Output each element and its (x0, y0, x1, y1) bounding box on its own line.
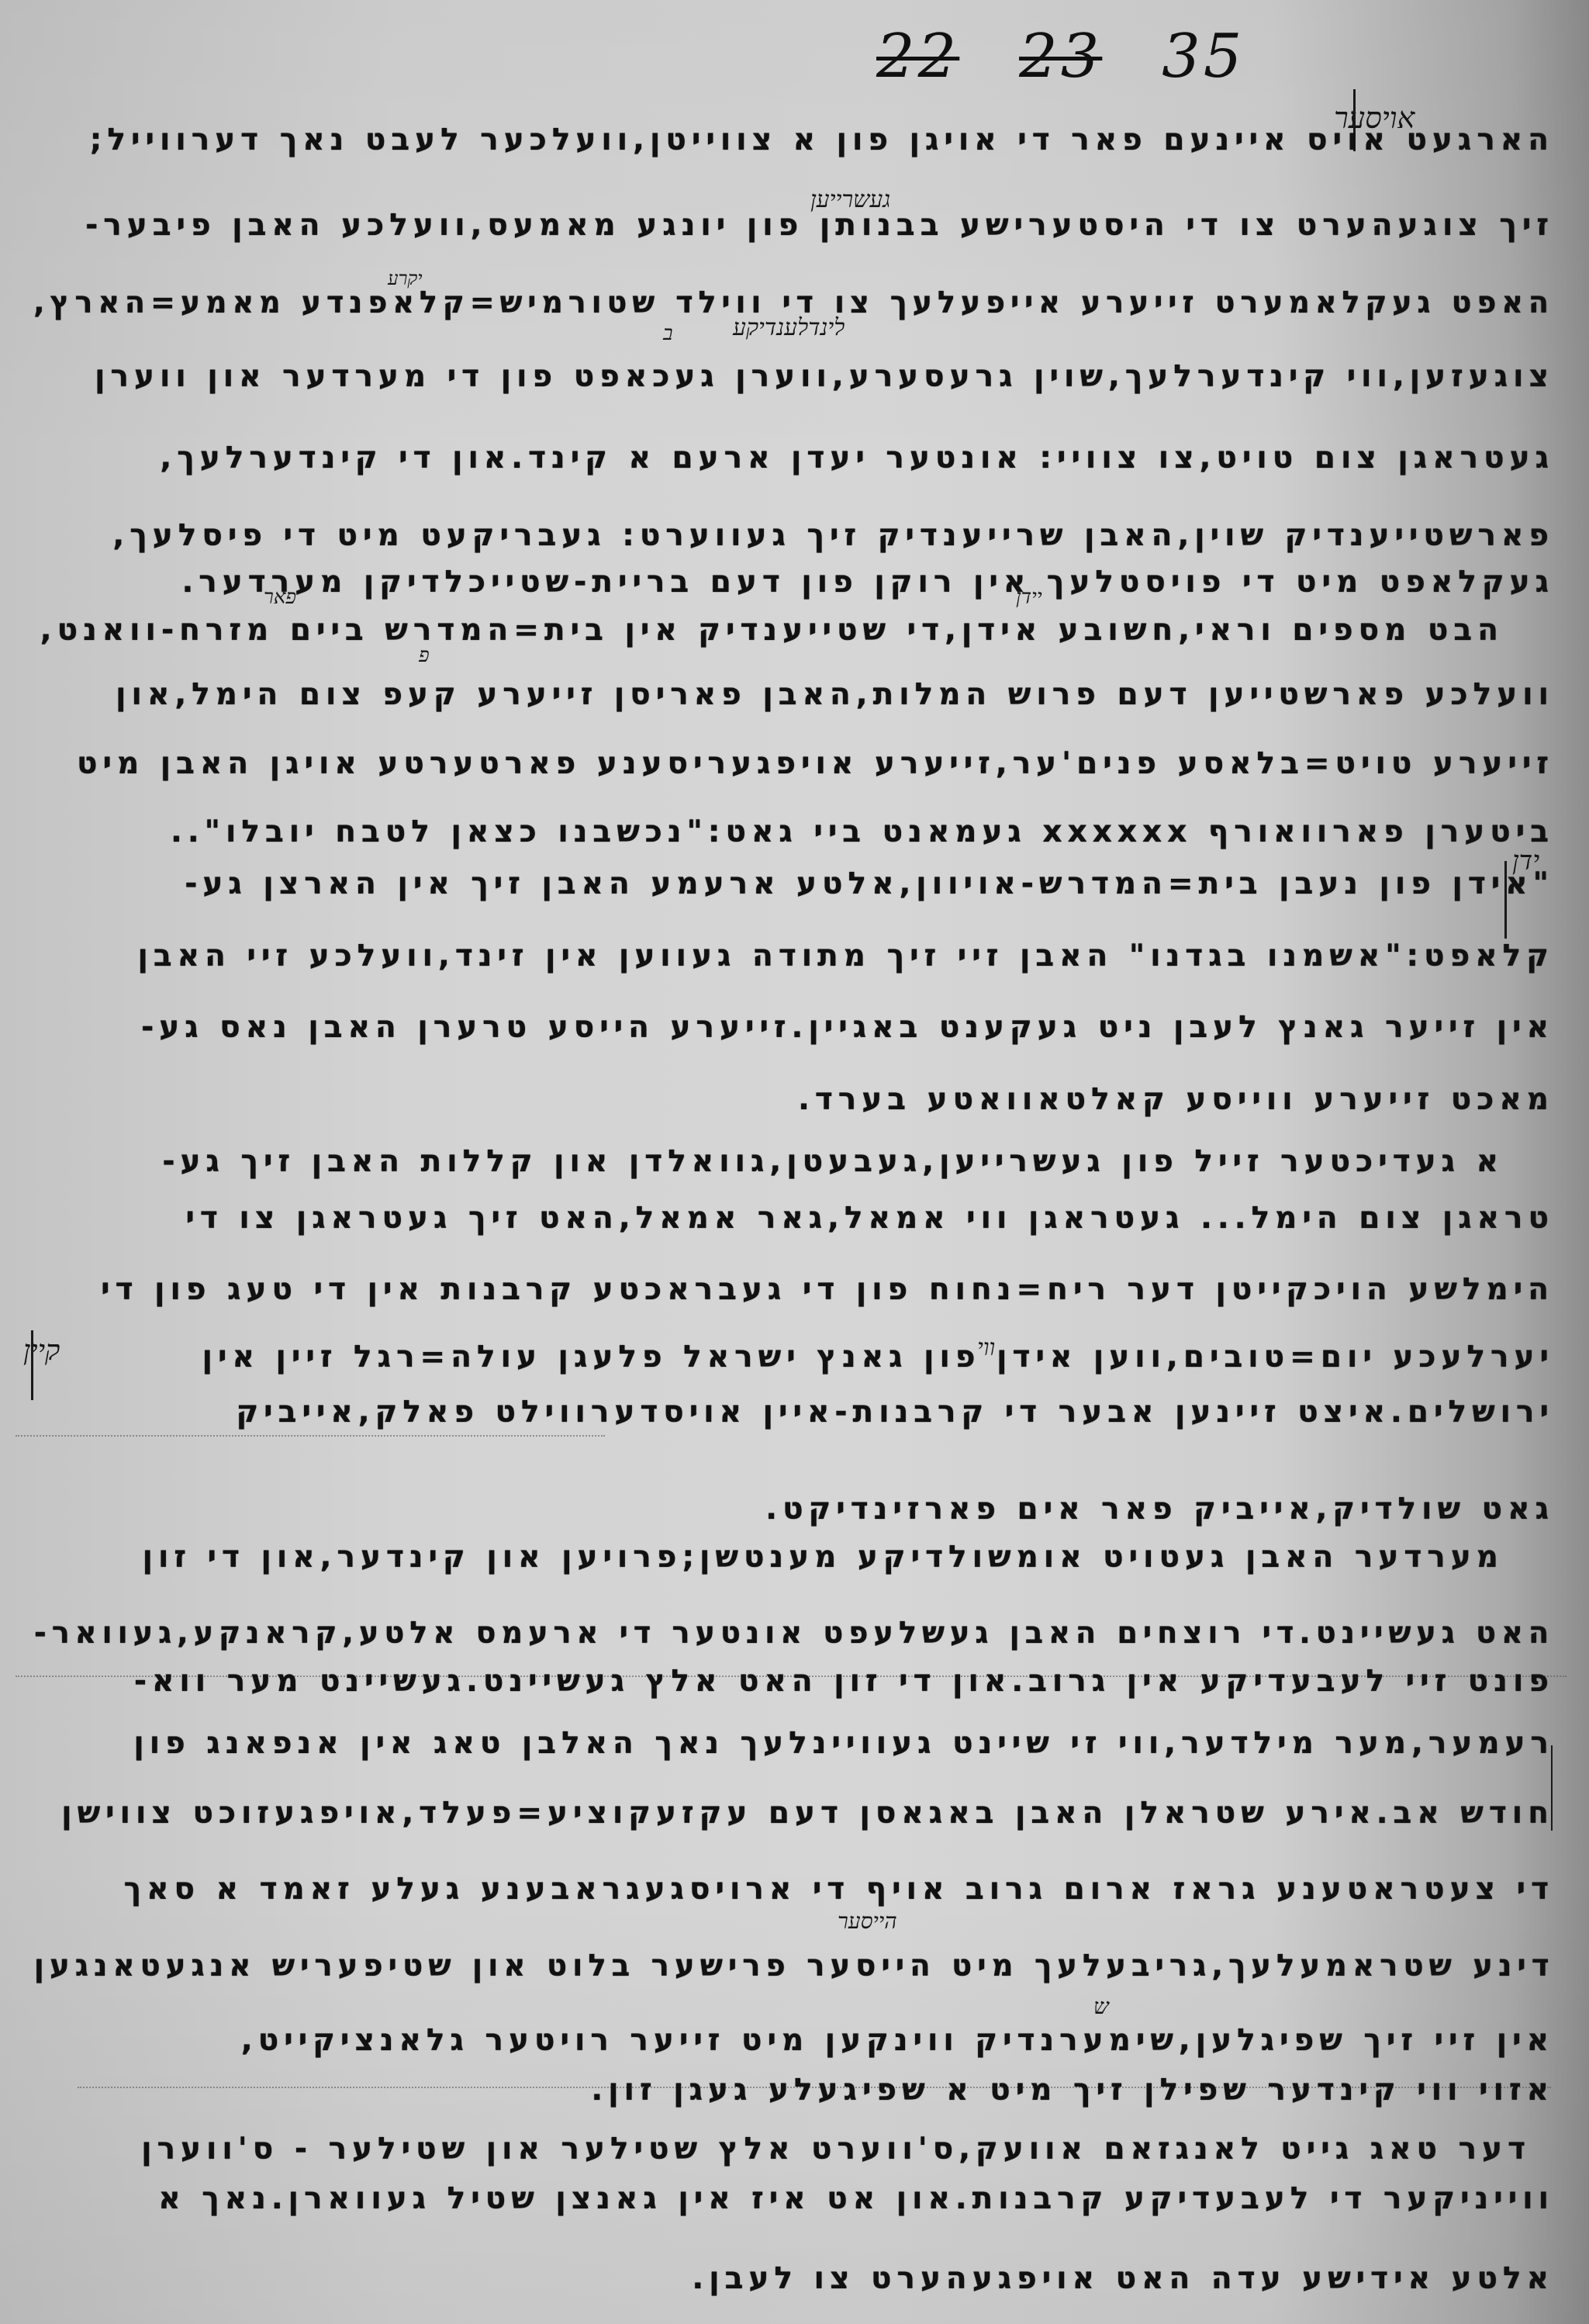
text-line: מאכט זייערע ווייסע קאלטאוואטע בערד. (798, 1082, 1554, 1117)
text-line: האט געשיינט.די רוצחים האבן געשלעפט אונטע… (34, 1616, 1554, 1651)
text-line: אין זיי זיך שפיגלען,שימערנדיק ווינקען מי… (241, 2023, 1554, 2058)
text-line: דינע שטראמעלעך,גריבעלעך מיט הייסער פרישע… (33, 1949, 1554, 1983)
text-line: ווייניקער די לעבעדיקע קרבנות.און אט איז … (158, 2181, 1554, 2216)
text-line: זיך צוגעהערט צו די היסטערישע בבנותן פון … (85, 208, 1554, 243)
text-line: אזוי ווי קינדער שפילן זיך מיט א שפיגעלע … (591, 2073, 1554, 2108)
text-line: קלאפט:"אשמנו בגדנו" האבן זיי זיך מתודה ג… (138, 939, 1555, 974)
text-line: געקלאפט מיט די פויסטלעך אין רוקן פון דעם… (181, 565, 1554, 600)
text-line: פונט זיי לעבעדיקע אין גרוב.און די זון הא… (134, 1664, 1554, 1699)
text-line: הימלשע הויכקייטן דער ריח=נחוח פון די געב… (101, 1272, 1554, 1307)
text-line: דער טאג גייט לאנגזאם אוועק,ס'ווערט אלץ ש… (141, 2132, 1531, 2167)
text-line: "אידן פון נעבן בית=המדרש-אויוון,אלטע ארע… (185, 866, 1554, 901)
text-line: א געדיכטער זייל פון געשרייען,געבעטן,גווא… (162, 1144, 1504, 1179)
text-line: צוגעזען,ווי קינדערלעך,שוין גרעסערע,ווערן… (95, 359, 1554, 394)
text-line: ביטערן פארוואורף xxxxxx געמאנט ביי גאט:"… (171, 814, 1554, 849)
scanned-manuscript-page: 22 23 35 אויסער געשרייען יקרע לינדלענדיק… (0, 0, 1589, 2324)
text-line: הארגעט אויס איינעם פאר די אויגן פון א צו… (90, 123, 1554, 157)
text-line: פארשטייענדיק שוין,האבן שרייענדיק זיך געו… (112, 518, 1554, 553)
handwritten-annotation: ב (663, 322, 673, 345)
text-line: מערדער האבן געטויט אומשולדיקע מענטשן;פרו… (143, 1540, 1504, 1575)
text-line: האפט געקלאמערט זייערע אייפעלעך צו די ווי… (33, 285, 1554, 320)
page-number: 22 23 35 (876, 22, 1245, 92)
text-line: וועלכע פארשטייען דעם פרוש המלות,האבן פאר… (116, 677, 1554, 712)
struck-page-number: 22 (876, 22, 959, 92)
text-line: געטראגן צום טויט,צו צוויי: אונטער יעדן א… (160, 441, 1554, 476)
handwritten-annotation: הייסער (838, 1908, 897, 1935)
text-line: די צעטראטענע גראז ארום גרוב אויף די ארוי… (124, 1872, 1554, 1907)
text-line: זייערע טויט=בלאסע פנים'ער,זייערע אויפגער… (77, 746, 1554, 781)
text-line: אלטע אידישע עדה האט אויפגעהערט צו לעבן. (692, 2261, 1554, 2296)
text-line: הבט מספים וראי,חשובע אידן,די שטייענדיק א… (40, 613, 1504, 648)
struck-page-number: 23 (1019, 22, 1102, 92)
handwritten-annotation: ש (1093, 1994, 1109, 2020)
text-line: חודש אב.אירע שטראלן האבן באגאסן דעם עקזע… (61, 1796, 1554, 1831)
dotted-rule (16, 1435, 605, 1437)
text-line: גאט שולדיק,אייביק פאר אים פארזינדיקט. (765, 1492, 1554, 1527)
text-line: רעמער,מער מילדער,ווי זי שיינט געוויינלעך… (133, 1726, 1554, 1761)
handwritten-annotation: קיין (23, 1334, 60, 1367)
text-line: יערלעכע יום=טובים,ווען אידן פון גאנץ ישר… (202, 1340, 1554, 1375)
text-line: ירושלים.איצט זיינען אבער די קרבנות-איין … (236, 1395, 1554, 1430)
insertion-mark (31, 1330, 33, 1400)
text-line: טראגן צום הימל... געטראגן ווי אמאל,גאר א… (185, 1201, 1554, 1236)
current-page-number: 35 (1162, 22, 1245, 92)
text-line: אין זייער גאנץ לעבן ניט געקענט באגיין.זי… (141, 1010, 1554, 1045)
